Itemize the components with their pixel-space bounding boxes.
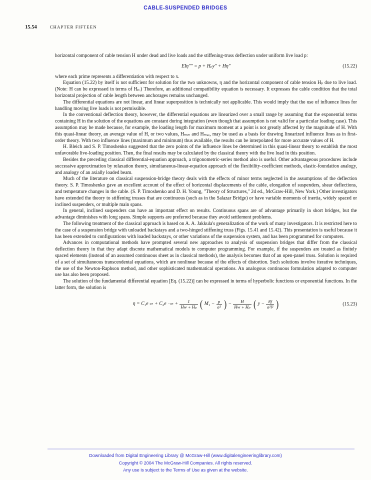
- equation-term: −: [228, 301, 231, 307]
- paragraph: Besides the preceding classical differen…: [55, 157, 357, 176]
- fraction-denominator: a²: [216, 304, 222, 310]
- equation-superscript: ax: [150, 301, 153, 307]
- page-content: CABLE-SUSPENDED BRIDGES 15.54 CHAPTER FI…: [0, 0, 371, 480]
- chapter-title: CHAPTER FIFTEEN: [50, 25, 97, 30]
- paragraph: The differential equations are not linea…: [55, 99, 357, 112]
- open-paren: (: [253, 299, 256, 310]
- footer-copyright-line: Copyright © 2004 The McGraw-Hill Compani…: [0, 459, 371, 466]
- equation-fraction: 1 Hw + Hₚ: [180, 299, 198, 310]
- footer-download-line: Downloaded from Digital Engineering Libr…: [0, 452, 371, 459]
- body-text-column: horizontal component of cable tension H …: [55, 53, 357, 311]
- equation-term: M₁ −: [204, 301, 214, 307]
- running-head: 15.54 CHAPTER FIFTEEN: [25, 25, 97, 31]
- equation-fraction: p a²: [216, 299, 222, 310]
- equation-15-22-number: (15.22): [343, 63, 357, 69]
- equation-15-23: η = C₁eax + C₂e−ax + 1 Hw + Hₚ ( M₁ − p …: [55, 297, 357, 311]
- footer-divider: [48, 449, 355, 450]
- paragraph: In general, inclined suspenders can have…: [55, 208, 357, 221]
- open-paren: (: [200, 299, 203, 310]
- paragraph: Equation (15.22) by itself is not suffic…: [55, 80, 357, 99]
- fraction-denominator: a²l²: [266, 304, 274, 310]
- watermark-footer: Downloaded from Digital Engineering Libr…: [0, 452, 371, 474]
- equation-fraction: 8f a²l²: [266, 299, 274, 310]
- equation-superscript: −ax: [168, 301, 174, 307]
- paragraph: Much of the literature on classical susp…: [55, 176, 357, 208]
- close-paren: ): [276, 299, 279, 310]
- page-number: 15.54: [25, 25, 37, 31]
- paragraph: The solution of the fundamental differen…: [55, 279, 357, 292]
- paragraph: The following treatment of the classical…: [55, 221, 357, 240]
- equation-fraction: H Hw + Hₚ: [233, 299, 251, 310]
- equation-term: +: [175, 301, 178, 307]
- fraction-denominator: Hw + Hₚ: [233, 304, 251, 310]
- close-paren: ): [224, 299, 227, 310]
- lead-in-paragraph: horizontal component of cable tension H …: [55, 53, 357, 59]
- equation-term: η = C₁e: [133, 301, 148, 307]
- equation-15-22: EIη″″ = p + Hₚy″ + Hη″ (15.22): [55, 63, 357, 69]
- equation-term: y −: [258, 301, 265, 307]
- equation-term: + C₂e: [155, 301, 167, 307]
- equation-15-22-expression: EIη″″ = p + Hₚy″ + Hη″: [182, 63, 231, 69]
- watermark-header: CABLE-SUSPENDED BRIDGES: [0, 5, 371, 11]
- paragraph: Advances in computational methods have p…: [55, 240, 357, 278]
- equation-15-23-number: (15.23): [343, 301, 357, 307]
- paragraph: In the conventional deflection theory, h…: [55, 112, 357, 144]
- fraction-denominator: Hw + Hₚ: [180, 304, 198, 310]
- footer-terms-line: Any use is subject to the Terms of Use a…: [0, 467, 371, 474]
- book-page: CABLE-SUSPENDED BRIDGES 15.54 CHAPTER FI…: [0, 0, 371, 480]
- paragraph: H. Bleich and S. P. Timoshenko suggested…: [55, 144, 357, 157]
